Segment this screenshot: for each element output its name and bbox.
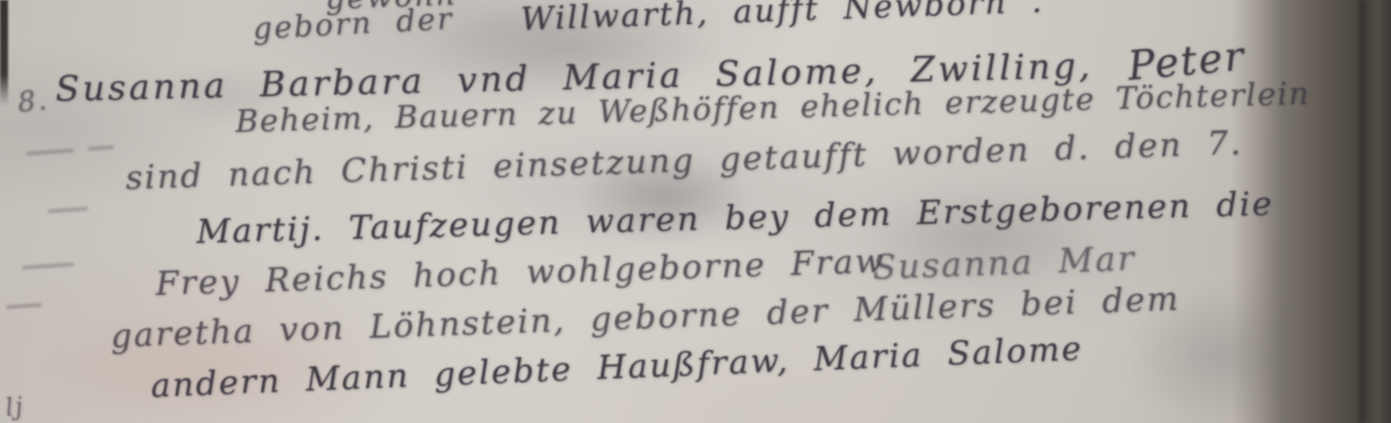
corner-mark: lj [4, 392, 26, 422]
margin-mark [88, 145, 114, 151]
margin-mark [26, 148, 74, 155]
margin-mark [48, 207, 88, 214]
margin-mark [6, 303, 42, 310]
margin-mark [22, 262, 74, 270]
manuscript-line-fragment: geborn der [252, 1, 454, 46]
page-edge-crease [1356, 0, 1368, 423]
manuscript-photo: gewonn geborn der Willwarth, aufft Newbo… [0, 0, 1391, 423]
entry-number-mark: 8. [16, 83, 50, 119]
manuscript-line-fragment: Willwarth, aufft Newborn . [520, 0, 1044, 38]
page-corner-shadow [0, 0, 8, 106]
